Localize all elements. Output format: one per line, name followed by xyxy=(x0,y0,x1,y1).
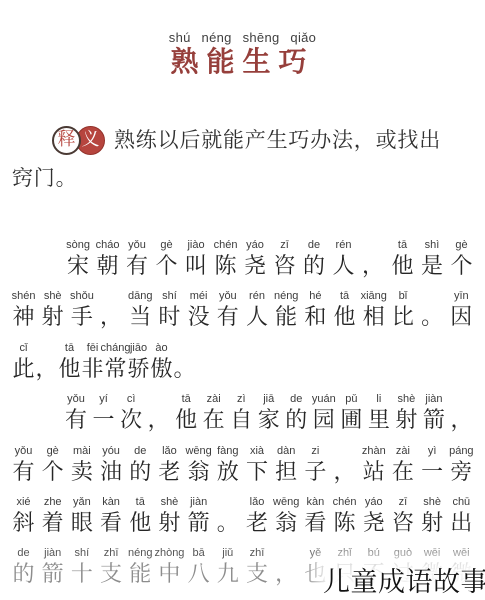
pinyin-label: tā xyxy=(398,239,407,252)
hanzi-char: 翁 xyxy=(188,458,210,487)
hanzi-char: 有 xyxy=(65,406,87,435)
hanzi-char: 家 xyxy=(258,406,280,435)
hanzi-char: 翁 xyxy=(275,509,297,538)
hanzi-char: 担 xyxy=(275,458,297,487)
pinyin-label: zi xyxy=(311,445,319,458)
pinyin-label: yáo xyxy=(365,496,383,509)
hanzi-char: 圃 xyxy=(340,406,362,435)
hanzi-cell: xié斜 xyxy=(12,496,35,538)
hanzi-char: 人 xyxy=(246,303,268,332)
hanzi-cell: kàn看 xyxy=(304,496,327,538)
hanzi-cell: ， xyxy=(147,393,170,435)
hanzi-cell: zī咨 xyxy=(391,496,414,538)
hanzi-cell: xià下 xyxy=(246,445,269,487)
pinyin-label: dàn xyxy=(277,445,295,458)
pinyin-label: pǔ xyxy=(345,393,357,406)
story-text: sòng宋cháo朝yǒu有gè个jiào叫chén陈yáo尧zī咨de的rén… xyxy=(12,239,473,599)
pinyin-label: cì xyxy=(127,393,136,406)
pinyin-label: li xyxy=(376,393,381,406)
pinyin-label: jiàn xyxy=(44,547,61,560)
pinyin-label: kàn xyxy=(102,496,120,509)
pinyin-label: fàng xyxy=(217,445,238,458)
hanzi-cell: de的 xyxy=(303,239,326,281)
pinyin-label: yáo xyxy=(246,239,264,252)
hanzi-cell: de的 xyxy=(129,445,152,487)
hanzi-char: 九 xyxy=(217,560,239,589)
hanzi-char: 下 xyxy=(246,458,268,487)
pinyin-label: de xyxy=(134,445,146,458)
pinyin-label: shí xyxy=(162,290,177,303)
hanzi-cell: yuán园 xyxy=(312,393,335,435)
hanzi-cell: yǒu有 xyxy=(65,393,88,435)
pinyin-label: jiàn xyxy=(425,393,442,406)
hanzi-cell: xiāng相 xyxy=(362,290,385,332)
pinyin-label: cháo xyxy=(96,239,120,252)
hanzi-cell: zì自 xyxy=(230,393,253,435)
hanzi-char: 个 xyxy=(42,458,64,487)
pinyin-label: de xyxy=(17,547,29,560)
definition-badge: 释 义 xyxy=(52,126,105,155)
hanzi-char: 相 xyxy=(363,303,385,332)
watermark: 儿童成语故事 xyxy=(323,560,485,599)
hanzi-char: 没 xyxy=(188,303,210,332)
hanzi-char: 尧 xyxy=(363,509,385,538)
pinyin-label: yì xyxy=(428,445,437,458)
pinyin-label: zì xyxy=(237,393,246,406)
hanzi-char: 咨 xyxy=(392,509,414,538)
hanzi-cell: wēng翁 xyxy=(187,445,210,487)
hanzi-char: 叫 xyxy=(185,252,207,281)
pinyin-label: néng xyxy=(128,547,152,560)
pinyin-label: yǒu xyxy=(67,393,85,406)
pinyin-label: yǎn xyxy=(73,496,91,509)
pinyin-label: shè xyxy=(398,393,416,406)
hanzi-char: ， xyxy=(275,560,297,589)
hanzi-char: 出 xyxy=(450,509,472,538)
hanzi-char: 傲 xyxy=(150,355,172,384)
hanzi-char: 宋 xyxy=(67,252,89,281)
hanzi-char: 有 xyxy=(217,303,239,332)
pinyin-label: rén xyxy=(249,290,265,303)
story-line: sòng宋cháo朝yǒu有gè个jiào叫chén陈yáo尧zī咨de的rén… xyxy=(12,239,473,290)
hanzi-char: 。 xyxy=(173,355,195,384)
pinyin-label: xiāng xyxy=(361,290,387,303)
pinyin-label: páng xyxy=(449,445,473,458)
hanzi-char: 他 xyxy=(129,509,151,538)
hanzi-char: 尧 xyxy=(244,252,266,281)
pinyin-label: gè xyxy=(455,239,467,252)
hanzi-cell: ， xyxy=(275,547,298,589)
pinyin-label: yóu xyxy=(102,445,120,458)
hanzi-char: 着 xyxy=(42,509,64,538)
hanzi-char: 斜 xyxy=(12,509,34,538)
hanzi-cell: chén陈 xyxy=(333,496,356,538)
pinyin-label: yǒu xyxy=(15,445,33,458)
hanzi-char: 卖 xyxy=(71,458,93,487)
hanzi-cell: lǎo老 xyxy=(246,496,269,538)
pinyin-label: néng xyxy=(274,290,298,303)
pinyin-label: gè xyxy=(160,239,172,252)
hanzi-cell: gè个 xyxy=(41,445,64,487)
hanzi-cell: tā他 xyxy=(391,239,414,281)
hanzi-char: 朝 xyxy=(96,252,118,281)
hanzi-cell: zài在 xyxy=(391,445,414,487)
hanzi-cell: zī咨 xyxy=(273,239,296,281)
definition-text-line-2: 窍门。 xyxy=(12,163,473,193)
hanzi-cell: rén人 xyxy=(332,239,355,281)
hanzi-cell: yīn因 xyxy=(450,290,473,332)
hanzi-char: 老 xyxy=(158,458,180,487)
hanzi-char: 十 xyxy=(71,560,93,589)
story-line: xié斜zhe着yǎn眼kàn看tā他shè射jiàn箭。lǎo老wēng翁kà… xyxy=(12,496,473,547)
pinyin-label: méi xyxy=(190,290,208,303)
badge-shi-circle: 释 xyxy=(52,126,81,155)
pinyin-label: chū xyxy=(452,496,470,509)
hanzi-char: 中 xyxy=(158,560,180,589)
hanzi-cell: 。 xyxy=(173,342,196,384)
hanzi-char: ， xyxy=(334,458,356,487)
hanzi-cell: shè射 xyxy=(158,496,181,538)
hanzi-char: 能 xyxy=(275,303,297,332)
pinyin-label: jiā xyxy=(263,393,274,406)
hanzi-char: 。 xyxy=(217,509,239,538)
pinyin-label: dāng xyxy=(128,290,152,303)
hanzi-cell: li里 xyxy=(367,393,390,435)
hanzi-cell: cháo朝 xyxy=(96,239,119,281)
pinyin-label: zài xyxy=(396,445,410,458)
hanzi-cell: lǎo老 xyxy=(158,445,181,487)
hanzi-char: 里 xyxy=(368,406,390,435)
pinyin-label: shè xyxy=(423,496,441,509)
hanzi-cell: tā他 xyxy=(129,496,152,538)
hanzi-char: 射 xyxy=(158,509,180,538)
pinyin-label: zhī xyxy=(250,547,265,560)
hanzi-cell: wēng翁 xyxy=(275,496,298,538)
pinyin-label: yí xyxy=(99,393,108,406)
pinyin-label: xié xyxy=(16,496,30,509)
hanzi-cell: shè射 xyxy=(41,290,64,332)
hanzi-char: 油 xyxy=(100,458,122,487)
hanzi-char: 在 xyxy=(203,406,225,435)
hanzi-cell: cì次 xyxy=(120,393,143,435)
pinyin-label: bā xyxy=(193,547,205,560)
hanzi-char: 手 xyxy=(71,303,93,332)
hanzi-cell: yǎn眼 xyxy=(70,496,93,538)
pinyin-label: jiǔ xyxy=(222,547,233,560)
hanzi-char: 一 xyxy=(93,406,115,435)
hanzi-char: 射 xyxy=(42,303,64,332)
pinyin-label: de xyxy=(308,239,320,252)
storybook-page: shú néng shēng qiǎo 熟能生巧 释 义 熟练以后就能产生巧办法… xyxy=(0,0,485,599)
hanzi-char: 眼 xyxy=(71,509,93,538)
hanzi-char: 陈 xyxy=(214,252,236,281)
hanzi-cell: mài卖 xyxy=(70,445,93,487)
hanzi-cell: cháng常 xyxy=(104,342,127,384)
hanzi-cell: néng能 xyxy=(129,547,152,589)
hanzi-char: 咨 xyxy=(273,252,295,281)
hanzi-cell: shén神 xyxy=(12,290,35,332)
hanzi-char: 能 xyxy=(129,560,151,589)
hanzi-char: ， xyxy=(100,303,122,332)
hanzi-cell: néng能 xyxy=(275,290,298,332)
paragraph-indent xyxy=(12,239,60,240)
hanzi-cell: méi没 xyxy=(187,290,210,332)
hanzi-cell: jiàn箭 xyxy=(422,393,445,435)
pinyin-label: lǎo xyxy=(250,496,265,509)
hanzi-char: 老 xyxy=(246,509,268,538)
hanzi-char: 他 xyxy=(175,406,197,435)
hanzi-char: 骄 xyxy=(127,355,149,384)
hanzi-char: 八 xyxy=(188,560,210,589)
hanzi-char: 有 xyxy=(126,252,148,281)
hanzi-cell: de的 xyxy=(285,393,308,435)
hanzi-cell: yǒu有 xyxy=(216,290,239,332)
hanzi-char: 常 xyxy=(104,355,126,384)
hanzi-cell: gè个 xyxy=(155,239,178,281)
pinyin-label: chén xyxy=(214,239,238,252)
hanzi-char: 的 xyxy=(12,560,34,589)
pinyin-label: zhòng xyxy=(154,547,184,560)
hanzi-char: 比 xyxy=(392,303,414,332)
hanzi-cell: dàn担 xyxy=(275,445,298,487)
title-pinyin: shú néng shēng qiǎo xyxy=(12,30,473,45)
hanzi-cell: yì一 xyxy=(421,445,444,487)
hanzi-cell: shǒu手 xyxy=(70,290,93,332)
hanzi-cell: zhī支 xyxy=(246,547,269,589)
story-line: yǒu有gè个mài卖yóu油de的lǎo老wēng翁fàng放xià下dàn担… xyxy=(12,445,473,496)
hanzi-char: 。 xyxy=(421,303,443,332)
hanzi-cell: shí十 xyxy=(70,547,93,589)
pinyin-label: yǒu xyxy=(128,239,146,252)
pinyin-label: wēng xyxy=(185,445,211,458)
page-title: 熟能生巧 xyxy=(12,47,473,77)
hanzi-char: 他 xyxy=(391,252,413,281)
hanzi-cell: yǒu有 xyxy=(12,445,35,487)
definition-line-1: 释 义 熟练以后就能产生巧办法，或找出 xyxy=(52,125,473,155)
hanzi-char: 子 xyxy=(304,458,326,487)
hanzi-char: 的 xyxy=(285,406,307,435)
hanzi-cell: zhī支 xyxy=(100,547,123,589)
hanzi-char: 人 xyxy=(332,252,354,281)
pinyin-label: fēi xyxy=(87,342,99,355)
pinyin-label: tā xyxy=(136,496,145,509)
hanzi-cell: rén人 xyxy=(246,290,269,332)
hanzi-char: 非 xyxy=(81,355,103,384)
hanzi-cell: jiāo骄 xyxy=(127,342,150,384)
pinyin-label: mài xyxy=(73,445,91,458)
pinyin-label: de xyxy=(290,393,302,406)
pinyin-label: hé xyxy=(309,290,321,303)
hanzi-char: ， xyxy=(35,355,57,384)
hanzi-cell: jiào叫 xyxy=(185,239,208,281)
hanzi-char: 看 xyxy=(100,509,122,538)
hanzi-cell: de的 xyxy=(12,547,35,589)
story-line: shén神shè射shǒu手，dāng当shí时méi没yǒu有rén人néng… xyxy=(12,290,473,341)
hanzi-cell: zi子 xyxy=(304,445,327,487)
hanzi-cell: jiàn箭 xyxy=(41,547,64,589)
pinyin-label: bǐ xyxy=(399,290,408,303)
hanzi-cell: hé和 xyxy=(304,290,327,332)
pinyin-label: shè xyxy=(44,290,62,303)
hanzi-cell: shí时 xyxy=(158,290,181,332)
hanzi-cell: kàn看 xyxy=(100,496,123,538)
hanzi-char: 自 xyxy=(230,406,252,435)
hanzi-char: 次 xyxy=(120,406,142,435)
pinyin-label: shè xyxy=(161,496,179,509)
hanzi-char: 射 xyxy=(421,509,443,538)
hanzi-cell: chén陈 xyxy=(214,239,237,281)
pinyin-label: yuán xyxy=(312,393,336,406)
hanzi-cell: zhe着 xyxy=(41,496,64,538)
pinyin-label: cháng xyxy=(101,342,131,355)
hanzi-cell: bā八 xyxy=(187,547,210,589)
hanzi-char: 放 xyxy=(217,458,239,487)
hanzi-cell: shì是 xyxy=(421,239,444,281)
hanzi-char: 看 xyxy=(304,509,326,538)
hanzi-cell: jiàn箭 xyxy=(187,496,210,538)
pinyin-label: zī xyxy=(280,239,289,252)
pinyin-label: zhàn xyxy=(362,445,386,458)
pinyin-label: rén xyxy=(336,239,352,252)
pinyin-label: yǒu xyxy=(219,290,237,303)
pinyin-label: wēng xyxy=(273,496,299,509)
hanzi-char: 和 xyxy=(304,303,326,332)
pinyin-label: zài xyxy=(207,393,221,406)
hanzi-char: ， xyxy=(450,406,472,435)
hanzi-cell: 。 xyxy=(216,496,239,538)
hanzi-char: 旁 xyxy=(450,458,472,487)
hanzi-char: 园 xyxy=(313,406,335,435)
hanzi-char: 的 xyxy=(303,252,325,281)
hanzi-cell: yí一 xyxy=(92,393,115,435)
hanzi-cell: zhòng中 xyxy=(158,547,181,589)
hanzi-cell: tā他 xyxy=(175,393,198,435)
hanzi-cell: zài在 xyxy=(202,393,225,435)
pinyin-label: xià xyxy=(250,445,264,458)
pinyin-label: shǒu xyxy=(70,290,94,303)
hanzi-cell: shè射 xyxy=(421,496,444,538)
pinyin-label: shén xyxy=(12,290,36,303)
hanzi-cell: 。 xyxy=(421,290,444,332)
pinyin-label: tā xyxy=(182,393,191,406)
hanzi-cell: chū出 xyxy=(450,496,473,538)
hanzi-cell: yǒu有 xyxy=(126,239,149,281)
pinyin-label: jiàn xyxy=(190,496,207,509)
hanzi-char: 个 xyxy=(450,252,472,281)
hanzi-cell: ào傲 xyxy=(150,342,173,384)
pinyin-label: zhe xyxy=(44,496,62,509)
hanzi-char: ， xyxy=(362,252,384,281)
hanzi-char: 支 xyxy=(100,560,122,589)
hanzi-cell: zhàn站 xyxy=(362,445,385,487)
hanzi-cell: yóu油 xyxy=(100,445,123,487)
definition-text-line-1: 熟练以后就能产生巧办法，或找出 xyxy=(114,125,441,155)
hanzi-char: 时 xyxy=(158,303,180,332)
pinyin-label: gè xyxy=(47,445,59,458)
hanzi-char: 是 xyxy=(421,252,443,281)
pinyin-label: zī xyxy=(399,496,408,509)
hanzi-char: 神 xyxy=(12,303,34,332)
pinyin-label: yīn xyxy=(454,290,469,303)
hanzi-cell: tā他 xyxy=(58,342,81,384)
hanzi-cell: gè个 xyxy=(450,239,473,281)
pinyin-label: kàn xyxy=(307,496,325,509)
hanzi-char: 此 xyxy=(12,355,34,384)
hanzi-cell: ， xyxy=(333,445,356,487)
definition-section: 释 义 熟练以后就能产生巧办法，或找出 窍门。 xyxy=(12,125,473,193)
hanzi-char: 因 xyxy=(450,303,472,332)
hanzi-cell: jiǔ九 xyxy=(216,547,239,589)
hanzi-cell: sòng宋 xyxy=(67,239,90,281)
hanzi-cell: dāng当 xyxy=(129,290,152,332)
hanzi-cell: pǔ圃 xyxy=(340,393,363,435)
hanzi-char: 支 xyxy=(246,560,268,589)
hanzi-char: 当 xyxy=(129,303,151,332)
pinyin-label: jiāo xyxy=(130,342,147,355)
paragraph-indent xyxy=(12,393,60,394)
hanzi-char: 在 xyxy=(392,458,414,487)
hanzi-char: 他 xyxy=(58,355,80,384)
hanzi-cell: fàng放 xyxy=(216,445,239,487)
pinyin-label: chén xyxy=(333,496,357,509)
hanzi-cell: bǐ比 xyxy=(391,290,414,332)
pinyin-label: jiào xyxy=(187,239,204,252)
hanzi-char: 站 xyxy=(363,458,385,487)
pinyin-label: zhī xyxy=(104,547,119,560)
pinyin-label: sòng xyxy=(66,239,90,252)
pinyin-label: cǐ xyxy=(20,342,28,355)
hanzi-char: ， xyxy=(148,406,170,435)
hanzi-char: 他 xyxy=(334,303,356,332)
hanzi-cell: jiā家 xyxy=(257,393,280,435)
pinyin-label: ào xyxy=(155,342,167,355)
pinyin-label: lǎo xyxy=(162,445,177,458)
hanzi-char: 一 xyxy=(421,458,443,487)
hanzi-cell: cǐ此 xyxy=(12,342,35,384)
hanzi-cell: páng旁 xyxy=(450,445,473,487)
pinyin-label: shì xyxy=(425,239,440,252)
hanzi-cell: ， xyxy=(362,239,385,281)
hanzi-cell: yáo尧 xyxy=(362,496,385,538)
hanzi-char: 箭 xyxy=(423,406,445,435)
hanzi-cell: yáo尧 xyxy=(244,239,267,281)
hanzi-char: 有 xyxy=(12,458,34,487)
hanzi-char: 的 xyxy=(129,458,151,487)
hanzi-char: 陈 xyxy=(334,509,356,538)
hanzi-cell: shè射 xyxy=(395,393,418,435)
story-line: yǒu有yí一cì次，tā他zài在zì自jiā家de的yuán园pǔ圃li里s… xyxy=(12,393,473,444)
pinyin-label: shí xyxy=(75,547,90,560)
pinyin-label: tā xyxy=(65,342,74,355)
hanzi-char: 个 xyxy=(155,252,177,281)
pinyin-label: tā xyxy=(340,290,349,303)
hanzi-char: 箭 xyxy=(42,560,64,589)
hanzi-char: 箭 xyxy=(188,509,210,538)
story-line: cǐ此，tā他fēi非cháng常jiāo骄ào傲。 xyxy=(12,342,473,393)
hanzi-cell: ， xyxy=(35,342,58,384)
hanzi-cell: ， xyxy=(450,393,473,435)
hanzi-char: 射 xyxy=(395,406,417,435)
hanzi-cell: tā他 xyxy=(333,290,356,332)
hanzi-cell: ， xyxy=(100,290,123,332)
